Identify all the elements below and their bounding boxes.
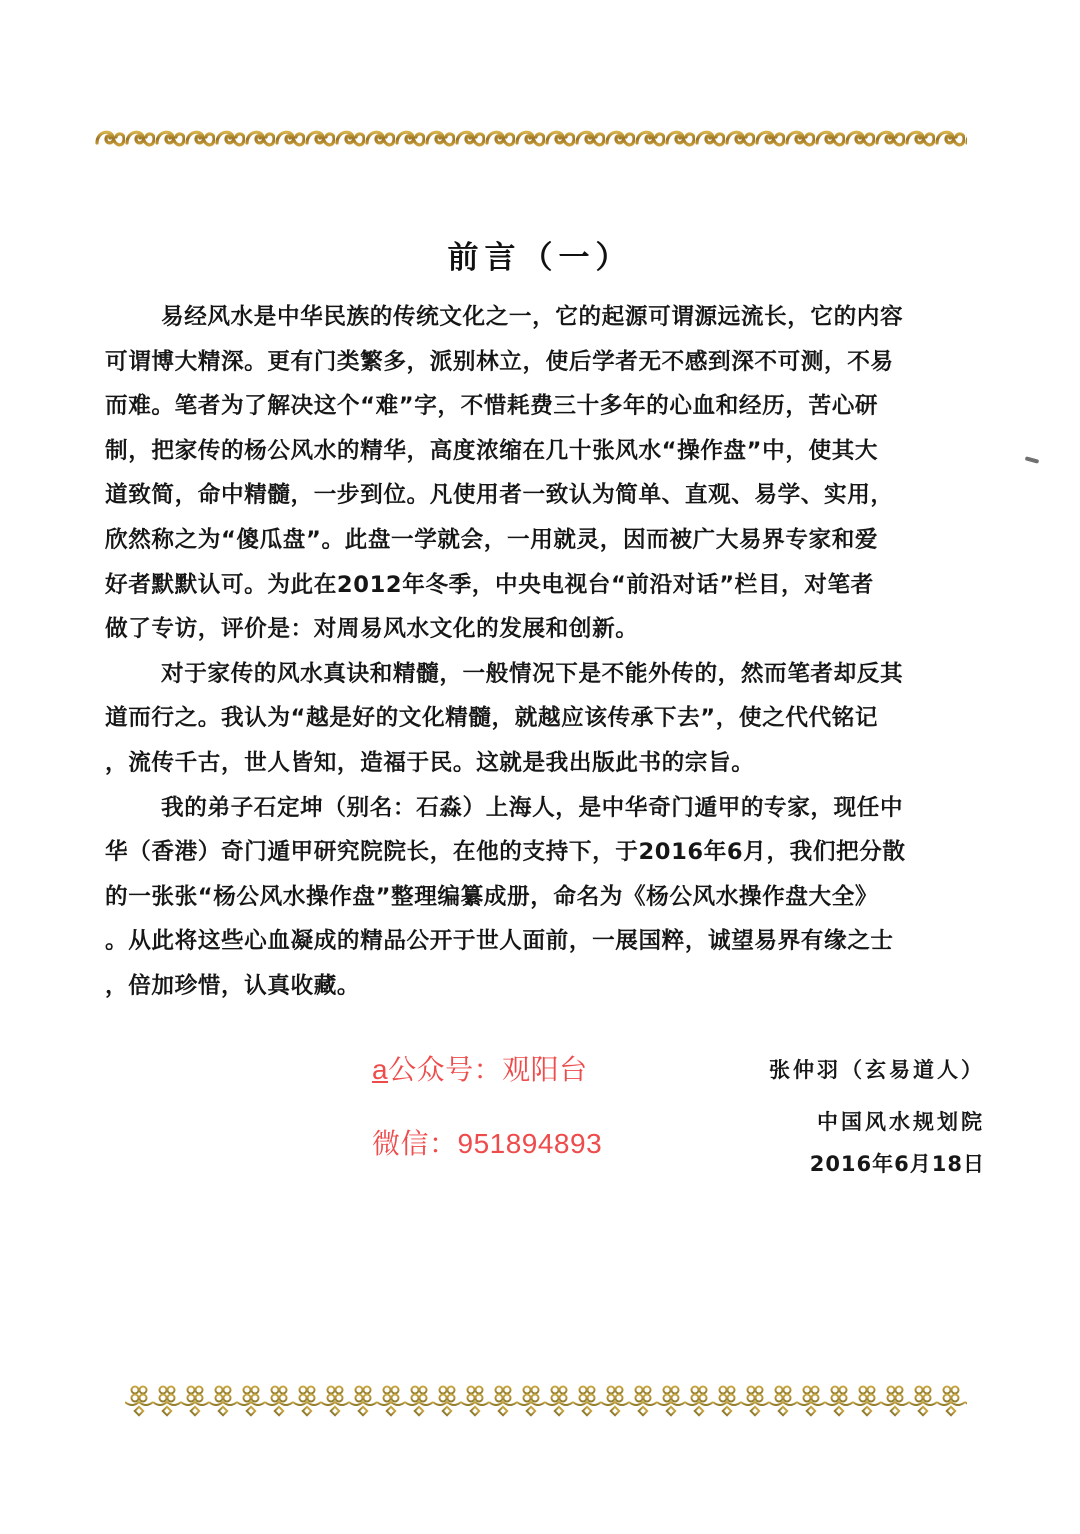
page-title: 前言（一） bbox=[0, 232, 1080, 277]
watermark-account: a公众号：观阳台 bbox=[372, 1048, 588, 1088]
text-line: 制，把家传的杨公风水的精华，高度浓缩在几十张风水“操作盘”中，使其大 bbox=[105, 429, 990, 474]
signature-organization: 中国风水规划院 bbox=[817, 1106, 985, 1136]
text-line: 。从此将这些心血凝成的精品公开于世人面前，一展国粹，诚望易界有缘之士 bbox=[105, 919, 990, 964]
scroll-wave-border-top bbox=[95, 123, 967, 153]
text-line: 而难。笔者为了解决这个“难”字，不惜耗费三十多年的心血和经历，苦心研 bbox=[105, 384, 990, 429]
paragraph-1: 易经风水是中华民族的传统文化之一，它的起源可谓源远流长，它的内容 可谓博大精深。… bbox=[105, 295, 990, 652]
watermark-account-label: 公众号：观阳台 bbox=[388, 1054, 588, 1085]
text-line: 我的弟子石定坤（别名：石淼）上海人，是中华奇门遁甲的专家，现任中 bbox=[105, 786, 990, 831]
text-line: ，流传千古，世人皆知，造福于民。这就是我出版此书的宗旨。 bbox=[105, 741, 990, 786]
signature-date: 2016年6月18日 bbox=[810, 1148, 985, 1178]
text-line: 道而行之。我认为“越是好的文化精髓，就越应该传承下去”，使之代代铭记 bbox=[105, 696, 990, 741]
paragraph-3: 我的弟子石定坤（别名：石淼）上海人，是中华奇门遁甲的专家，现任中 华（香港）奇门… bbox=[105, 786, 990, 1009]
text-line: 做了专访，评价是：对周易风水文化的发展和创新。 bbox=[105, 607, 990, 652]
text-line: 的一张张“杨公风水操作盘”整理编纂成册，命名为《杨公风水操作盘大全》 bbox=[105, 875, 990, 920]
ink-mark bbox=[1025, 456, 1040, 463]
chinese-knot-border-bottom bbox=[125, 1382, 967, 1422]
text-line: 好者默默认可。为此在2012年冬季，中央电视台“前沿对话”栏目，对笔者 bbox=[105, 563, 990, 608]
text-line: 易经风水是中华民族的传统文化之一，它的起源可谓源远流长，它的内容 bbox=[105, 295, 990, 340]
watermark-prefix: a bbox=[372, 1054, 388, 1085]
paragraph-2: 对于家传的风水真诀和精髓，一般情况下是不能外传的，然而笔者却反其 道而行之。我认… bbox=[105, 652, 990, 786]
text-line: 可谓博大精深。更有门类繁多，派别林立，使后学者无不感到深不可测，不易 bbox=[105, 340, 990, 385]
text-line: 对于家传的风水真诀和精髓，一般情况下是不能外传的，然而笔者却反其 bbox=[105, 652, 990, 697]
text-line: 华（香港）奇门遁甲研究院院长，在他的支持下，于2016年6月，我们把分散 bbox=[105, 830, 990, 875]
signature-author: 张仲羽（玄易道人） bbox=[769, 1054, 985, 1084]
watermark-wechat: 微信：951894893 bbox=[372, 1122, 602, 1162]
text-line: ，倍加珍惜，认真收藏。 bbox=[105, 964, 990, 1009]
text-line: 欣然称之为“傻瓜盘”。此盘一学就会，一用就灵，因而被广大易界专家和爱 bbox=[105, 518, 990, 563]
text-line: 道致简，命中精髓，一步到位。凡使用者一致认为简单、直观、易学、实用， bbox=[105, 473, 990, 518]
preface-body: 易经风水是中华民族的传统文化之一，它的起源可谓源远流长，它的内容 可谓博大精深。… bbox=[105, 295, 990, 1009]
